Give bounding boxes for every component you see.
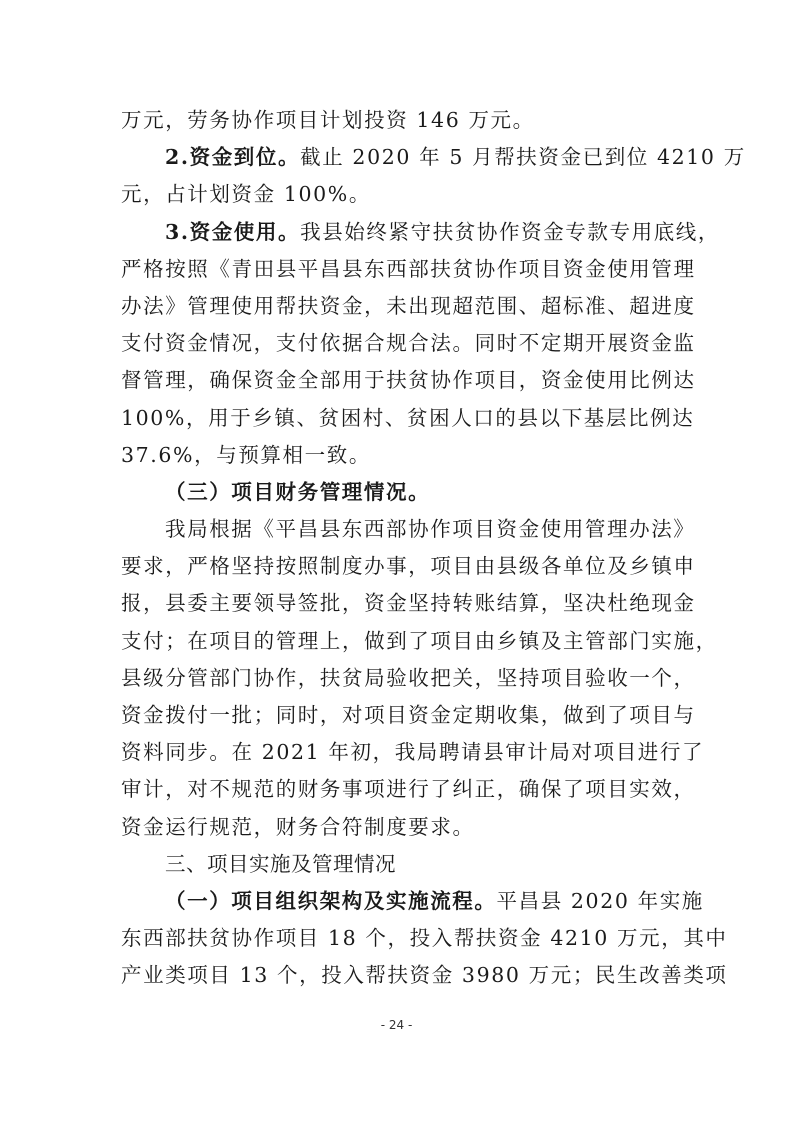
text-line: 县级分管部门协作，扶贫局验收把关，坚持项目验收一个， [121,660,673,697]
paragraph-funds-usage: 3.资金使用。我县始终紧守扶贫协作资金专款专用底线， [121,214,673,251]
text-line: 产业类项目 13 个，投入帮扶资金 3980 万元；民生改善类项 [121,957,673,994]
text-line: 东西部扶贫协作项目 18 个，投入帮扶资金 4210 万元，其中 [121,920,673,957]
text-line: 支付资金情况，支付依据合规合法。同时不定期开展资金监 [121,325,673,362]
document-body: 万元，劳务协作项目计划投资 146 万元。 2.资金到位。截止 2020 年 5… [121,102,673,995]
document-page: 万元，劳务协作项目计划投资 146 万元。 2.资金到位。截止 2020 年 5… [0,0,793,1122]
page-number: - 24 - [0,1018,793,1032]
text-line: 督管理，确保资金全部用于扶贫协作项目，资金使用比例达 [121,362,673,399]
text-line: 要求，严格坚持按照制度办事，项目由县级各单位及乡镇申 [121,548,673,585]
text-line: 支付；在项目的管理上，做到了项目由乡镇及主管部门实施， [121,623,673,660]
section-heading-financial-management: （三）项目财务管理情况。 [121,474,673,511]
paragraph-org-structure: （一）项目组织架构及实施流程。平昌县 2020 年实施 [121,883,673,920]
paragraph-lead: 2.资金到位。 [165,145,300,169]
section-heading-implementation: 三、项目实施及管理情况 [121,846,673,883]
text-line: 元，占计划资金 100%。 [121,176,673,213]
text-line: 严格按照《青田县平昌县东西部扶贫协作项目资金使用管理 [121,251,673,288]
text-line: 我局根据《平昌县东西部协作项目资金使用管理办法》 [121,511,673,548]
text-line: 37.6%，与预算相一致。 [121,437,673,474]
text-line: 办法》管理使用帮扶资金，未出现超范围、超标准、超进度 [121,288,673,325]
paragraph-funds-arrival: 2.资金到位。截止 2020 年 5 月帮扶资金已到位 4210 万 [121,139,673,176]
text-line: 审计，对不规范的财务事项进行了纠正，确保了项目实效， [121,771,673,808]
text-line: 万元，劳务协作项目计划投资 146 万元。 [121,102,673,139]
text-line: 资料同步。在 2021 年初，我局聘请县审计局对项目进行了 [121,734,673,771]
paragraph-lead: 3.资金使用。 [165,220,300,244]
text-line: 资金拨付一批；同时，对项目资金定期收集，做到了项目与 [121,697,673,734]
paragraph-lead: （一）项目组织架构及实施流程。 [165,889,497,913]
text-line: 报，县委主要领导签批，资金坚持转账结算，坚决杜绝现金 [121,585,673,622]
text-line: 资金运行规范，财务合符制度要求。 [121,809,673,846]
text-line: 100%，用于乡镇、贫困村、贫困人口的县以下基层比例达 [121,400,673,437]
